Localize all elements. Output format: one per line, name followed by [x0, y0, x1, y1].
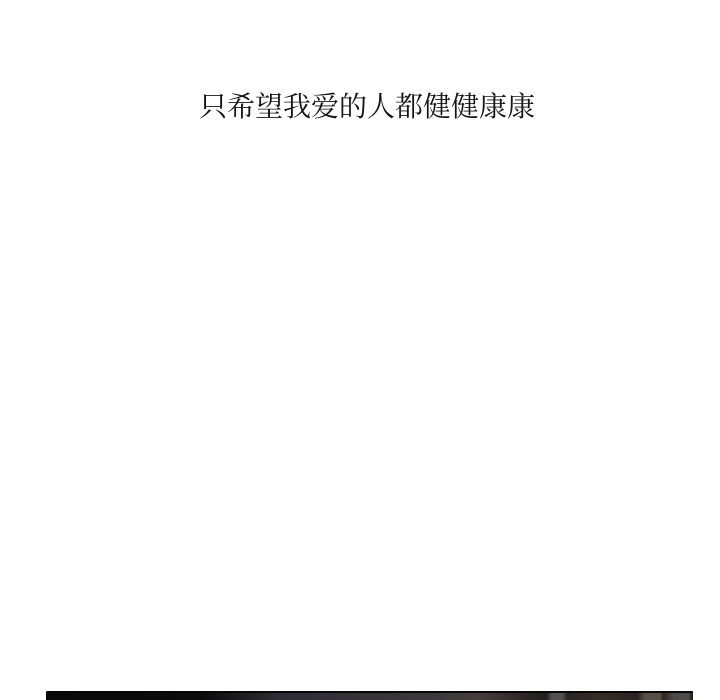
comic-page: 只希望我爱的人都健健康康 — [0, 0, 720, 700]
caption-text: 只希望我爱的人都健健康康 — [199, 91, 535, 123]
next-panel-image-edge — [46, 691, 693, 700]
